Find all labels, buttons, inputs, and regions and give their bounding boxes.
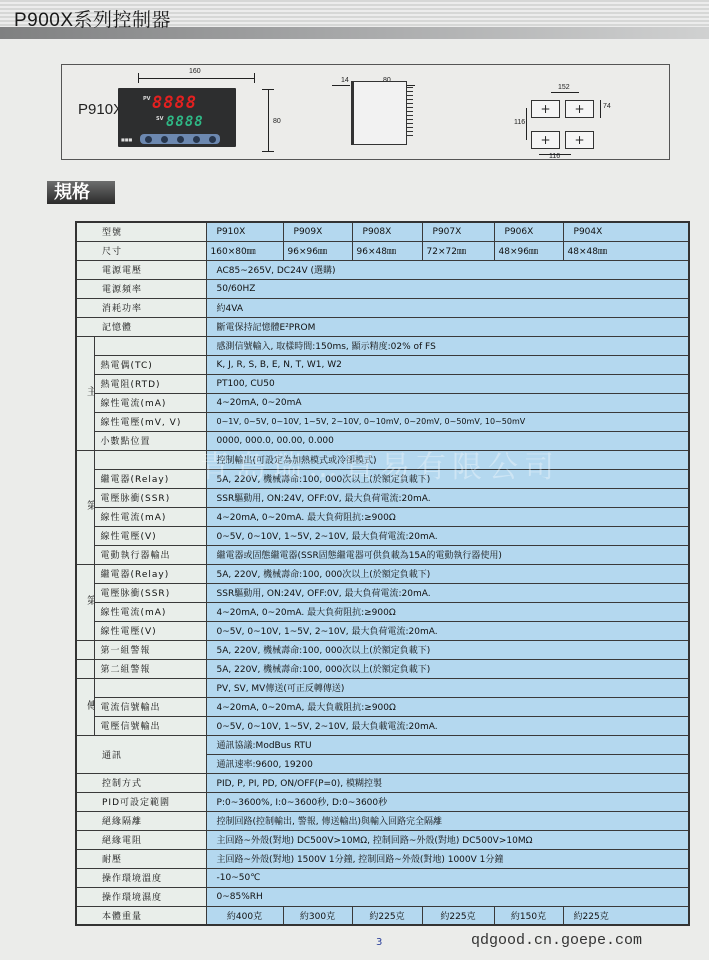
table-row: 熱電阻(RTD)PT100, CU50 xyxy=(76,374,689,393)
size-cell: 160×80㎜ xyxy=(206,241,283,260)
size-cell: 72×72㎜ xyxy=(422,241,494,260)
row-value: PID, P, PI, PD, ON/OFF(P=0), 模糊控製 xyxy=(206,773,689,792)
row-label: 絕緣隔離 xyxy=(76,811,206,830)
cutout-box: + xyxy=(565,131,594,149)
size-cell: 96×96㎜ xyxy=(283,241,352,260)
table-row: 線性電壓(V)0~5V, 0~10V, 1~5V, 2~10V, 最大負荷電流:… xyxy=(76,526,689,545)
row-label xyxy=(94,450,206,469)
row-value: 0~5V, 0~10V, 1~5V, 2~10V, 最大負荷電流:20mA. xyxy=(206,621,689,640)
cut-h-line xyxy=(600,100,601,118)
bezel-dim: 14 xyxy=(341,77,349,84)
row-value: 控制回路(控制輸出, 警報, 傳送輸出)與輸入回路完全隔離 xyxy=(206,811,689,830)
table-row: 電壓脉衝(SSR)SSR驅動用, ON:24V, OFF:0V, 最大負荷電流:… xyxy=(76,488,689,507)
table-row: 記憶體斷電保持記憶體E²PROM xyxy=(76,317,689,336)
pitch-h-line xyxy=(551,92,579,93)
table-row: 控制方式PID, P, PI, PD, ON/OFF(P=0), 模糊控製 xyxy=(76,773,689,792)
table-row: 熱電偶(TC)K, J, R, S, B, E, N, T, W1, W2 xyxy=(76,355,689,374)
brand-logo: ■■■ xyxy=(121,137,132,142)
group-label-output-1: 第一組輸出 xyxy=(76,450,94,564)
row-label: 操作環境濕度 xyxy=(76,887,206,906)
table-row: 第一組警報5A, 220V, 機械壽命:100, 000次以上(於額定負載下) xyxy=(76,640,689,659)
weight-cell: 約300克 xyxy=(283,906,352,925)
models-label: 型號 xyxy=(76,222,206,241)
row-label: 線性電壓(mV, V) xyxy=(94,412,206,431)
row-value: 5A, 220V, 機械壽命:100, 000次以上(於額定負載下) xyxy=(206,469,689,488)
row-value: 感測信號輸入, 取樣時間:150ms, 顯示精度:02% of FS xyxy=(206,336,689,355)
page-title: P900X系列控制器 xyxy=(14,5,171,32)
table-row: PID可設定範圍P:0~3600%, I:0~3600秒, D:0~3600秒 xyxy=(76,792,689,811)
size-cell: 96×48㎜ xyxy=(352,241,422,260)
sv-tag: SV xyxy=(156,116,163,122)
up-key-icon xyxy=(209,136,216,143)
table-row: 傳送輸出 PV, SV, MV傳送(可正反轉傳送) xyxy=(76,678,689,697)
row-value: K, J, R, S, B, E, N, T, W1, W2 xyxy=(206,355,689,374)
side-view-body xyxy=(351,81,407,145)
group-blank xyxy=(76,659,94,678)
table-row: 主輸入 感測信號輸入, 取樣時間:150ms, 顯示精度:02% of FS xyxy=(76,336,689,355)
table-row: 消耗功率約4VA xyxy=(76,298,689,317)
am-key-icon xyxy=(161,136,168,143)
row-value: 約4VA xyxy=(206,298,689,317)
row-value: PT100, CU50 xyxy=(206,374,689,393)
cutout-height-dim: 74 xyxy=(603,103,611,110)
table-row: 線性電壓(mV, V)0~1V, 0~5V, 0~10V, 1~5V, 2~10… xyxy=(76,412,689,431)
row-value: 5A, 220V, 機械壽命:100, 000次以上(於額定負載下) xyxy=(206,659,689,678)
table-row: 耐壓主回路~外殼(對地) 1500V 1分鐘, 控制回路~外殼(對地) 1000… xyxy=(76,849,689,868)
weight-cell: 約225克 xyxy=(422,906,494,925)
model-cell: P907X xyxy=(422,222,494,241)
table-row: 線性電壓(V)0~5V, 0~10V, 1~5V, 2~10V, 最大負荷電流:… xyxy=(76,621,689,640)
weight-cell: 約225克 xyxy=(563,906,689,925)
pv-display: 8888 xyxy=(152,93,197,113)
row-value: 0~85%RH xyxy=(206,887,689,906)
row-label: 熱電阻(RTD) xyxy=(94,374,206,393)
section-heading: 規格 xyxy=(47,181,115,204)
table-row: 操作環境濕度0~85%RH xyxy=(76,887,689,906)
model-cell: P908X xyxy=(352,222,422,241)
comm-label: 通訊 xyxy=(76,735,206,773)
row-label: 電源頻率 xyxy=(76,279,206,298)
table-row: 通訊 通訊協議:ModBus RTU xyxy=(76,735,689,754)
dim-tick xyxy=(254,73,255,83)
row-label: 第一組警報 xyxy=(94,640,206,659)
row-label: 熱電偶(TC) xyxy=(94,355,206,374)
row-value: 0~5V, 0~10V, 1~5V, 2~10V, 最大負荷電流:20mA. xyxy=(206,526,689,545)
table-row: 電壓信號輸出0~5V, 0~10V, 1~5V, 2~10V, 最大負載電流:2… xyxy=(76,716,689,735)
row-label: 絕緣電阻 xyxy=(76,830,206,849)
size-cell: 48×48㎜ xyxy=(563,241,689,260)
table-row: 絕緣電阻主回路~外殼(對地) DC500V>10MΩ, 控制回路~外殼(對地) … xyxy=(76,830,689,849)
dim-tick xyxy=(138,73,139,83)
row-value: 4~20mA, 0~20mA. 最大負荷阻抗:≥900Ω xyxy=(206,602,689,621)
table-row: 電動執行器輸出繼電器或固態繼電器(SSR固態繼電器可供負載為15A的電動執行器使… xyxy=(76,545,689,564)
row-value: 4~20mA, 0~20mA. 最大負荷阻抗:≥900Ω xyxy=(206,507,689,526)
table-row: 第二組警報5A, 220V, 機械壽命:100, 000次以上(於額定負載下) xyxy=(76,659,689,678)
row-label: 記憶體 xyxy=(76,317,206,336)
table-row: 線性電流(mA)4~20mA, 0~20mA xyxy=(76,393,689,412)
dim-tick xyxy=(262,151,274,152)
size-label: 尺寸 xyxy=(76,241,206,260)
row-label: 線性電流(mA) xyxy=(94,507,206,526)
row-label: 電源電壓 xyxy=(76,260,206,279)
table-row: 繼電器(Relay)5A, 220V, 機械壽命:100, 000次以上(於額定… xyxy=(76,469,689,488)
row-value: 4~20mA, 0~20mA, 最大負載阻抗:≥900Ω xyxy=(206,697,689,716)
front-width-dim: 160 xyxy=(189,68,201,75)
table-row: 線性電流(mA)4~20mA, 0~20mA. 最大負荷阻抗:≥900Ω xyxy=(76,602,689,621)
weight-cell: 約400克 xyxy=(206,906,283,925)
table-row: 第一組輸出 控制輸出(可設定為加熱模式或冷卻模式) xyxy=(76,450,689,469)
row-label: 線性電壓(V) xyxy=(94,621,206,640)
table-row: 小數點位置0000, 000.0, 00.00, 0.000 xyxy=(76,431,689,450)
model-cell: P906X xyxy=(494,222,563,241)
table-row: 本體重量 約400克 約300克 約225克 約225克 約150克 約225克 xyxy=(76,906,689,925)
controller-front-panel: PV 8888 SV 8888 ■■■ xyxy=(118,88,236,147)
row-value: 主回路~外殼(對地) DC500V>10MΩ, 控制回路~外殼(對地) DC50… xyxy=(206,830,689,849)
site-url: qdgood.cn.goepe.com xyxy=(471,932,642,949)
dimension-drawing: P910X 160 PV 8888 SV 8888 ■■■ 80 14 80 1… xyxy=(61,64,670,160)
cutout-pitch-v-dim: 116 xyxy=(514,119,525,126)
row-value: 4~20mA, 0~20mA xyxy=(206,393,689,412)
width-dimension-line xyxy=(138,78,254,79)
row-label: 繼電器(Relay) xyxy=(94,469,206,488)
row-value: 0~1V, 0~5V, 0~10V, 1~5V, 2~10V, 0~10mV, … xyxy=(206,412,689,431)
row-label: 操作環境溫度 xyxy=(76,868,206,887)
header-bar: P900X系列控制器 xyxy=(0,0,709,40)
pitch-v-line xyxy=(526,108,527,140)
page-number: 3 xyxy=(376,937,382,948)
row-label: 線性電壓(V) xyxy=(94,526,206,545)
row-label: 小數點位置 xyxy=(94,431,206,450)
sv-display: 8888 xyxy=(166,114,204,130)
row-value: -10~50℃ xyxy=(206,868,689,887)
spec-table: 型號 P910X P909X P908X P907X P906X P904X 尺… xyxy=(75,221,690,926)
row-value: 0~5V, 0~10V, 1~5V, 2~10V, 最大負載電流:20mA. xyxy=(206,716,689,735)
row-value: 主回路~外殼(對地) 1500V 1分鐘, 控制回路~外殼(對地) 1000V … xyxy=(206,849,689,868)
pv-tag: PV xyxy=(143,96,151,102)
comm-baud: 通訊速率:9600, 19200 xyxy=(206,754,689,773)
cutout-pitch-bottom-dim: 116 xyxy=(549,153,560,160)
model-cell: P904X xyxy=(563,222,689,241)
dim-tick xyxy=(262,89,274,90)
drawing-model-label: P910X xyxy=(78,101,123,118)
cutout-box: + xyxy=(565,100,594,118)
row-value: 斷電保持記憶體E²PROM xyxy=(206,317,689,336)
model-cell: P910X xyxy=(206,222,283,241)
row-label: PID可設定範圍 xyxy=(76,792,206,811)
table-row: 絕緣隔離控制回路(控制輸出, 警報, 傳送輸出)與輸入回路完全隔離 xyxy=(76,811,689,830)
row-value: 0000, 000.0, 00.00, 0.000 xyxy=(206,431,689,450)
row-label: 電壓脉衝(SSR) xyxy=(94,583,206,602)
row-label: 線性電流(mA) xyxy=(94,393,206,412)
row-label: 第二組警報 xyxy=(94,659,206,678)
left-key-icon xyxy=(177,136,184,143)
table-row: 尺寸 160×80㎜ 96×96㎜ 96×48㎜ 72×72㎜ 48×96㎜ 4… xyxy=(76,241,689,260)
group-blank xyxy=(76,640,94,659)
table-row: 電壓脉衝(SSR)SSR驅動用, ON:24V, OFF:0V, 最大負荷電流:… xyxy=(76,583,689,602)
model-cell: P909X xyxy=(283,222,352,241)
group-label-retransmission: 傳送輸出 xyxy=(76,678,94,735)
table-row: 型號 P910X P909X P908X P907X P906X P904X xyxy=(76,222,689,241)
row-label xyxy=(94,678,206,697)
height-dimension-line xyxy=(268,89,269,151)
row-value: 5A, 220V, 機械壽命:100, 000次以上(於額定負載下) xyxy=(206,640,689,659)
row-value: PV, SV, MV傳送(可正反轉傳送) xyxy=(206,678,689,697)
group-label-main-input: 主輸入 xyxy=(76,336,94,450)
row-value: 繼電器或固態繼電器(SSR固態繼電器可供負載為15A的電動執行器使用) xyxy=(206,545,689,564)
group-label-output-2: 第二組輸出 xyxy=(76,564,94,640)
table-row: 電源電壓AC85~265V, DC24V (選購) xyxy=(76,260,689,279)
row-label: 電流信號輸出 xyxy=(94,697,206,716)
row-label: 線性電流(mA) xyxy=(94,602,206,621)
row-label: 控制方式 xyxy=(76,773,206,792)
row-label: 電壓信號輸出 xyxy=(94,716,206,735)
table-row: 電源頻率50/60HZ xyxy=(76,279,689,298)
size-cell: 48×96㎜ xyxy=(494,241,563,260)
row-value: SSR驅動用, ON:24V, OFF:0V, 最大負荷電流:20mA. xyxy=(206,488,689,507)
row-value: SSR驅動用, ON:24V, OFF:0V, 最大負荷電流:20mA. xyxy=(206,583,689,602)
row-value: P:0~3600%, I:0~3600秒, D:0~3600秒 xyxy=(206,792,689,811)
table-row: 第二組輸出 繼電器(Relay) 5A, 220V, 機械壽命:100, 000… xyxy=(76,564,689,583)
row-value: 控制輸出(可設定為加熱模式或冷卻模式) xyxy=(206,450,689,469)
table-row: 電流信號輸出4~20mA, 0~20mA, 最大負載阻抗:≥900Ω xyxy=(76,697,689,716)
cutout-pitch-h-dim: 152 xyxy=(558,84,570,91)
side-view-terminals xyxy=(407,87,413,139)
row-label: 消耗功率 xyxy=(76,298,206,317)
row-value: 5A, 220V, 機械壽命:100, 000次以上(於額定負載下) xyxy=(206,564,689,583)
row-value: 50/60HZ xyxy=(206,279,689,298)
table-row: 線性電流(mA)4~20mA, 0~20mA. 最大負荷阻抗:≥900Ω xyxy=(76,507,689,526)
comm-protocol: 通訊協議:ModBus RTU xyxy=(206,735,689,754)
row-label xyxy=(94,336,206,355)
table-row: 操作環境溫度-10~50℃ xyxy=(76,868,689,887)
front-height-dim: 80 xyxy=(273,118,281,125)
cutout-box: + xyxy=(531,131,560,149)
weight-cell: 約150克 xyxy=(494,906,563,925)
cutout-box: + xyxy=(531,100,560,118)
weight-cell: 約225克 xyxy=(352,906,422,925)
keypad xyxy=(140,134,220,144)
set-key-icon xyxy=(145,136,152,143)
down-key-icon xyxy=(193,136,200,143)
row-value: AC85~265V, DC24V (選購) xyxy=(206,260,689,279)
row-label: 電動執行器輸出 xyxy=(94,545,206,564)
bezel-dimension-line xyxy=(332,85,350,86)
row-label: 電壓脉衝(SSR) xyxy=(94,488,206,507)
row-label: 繼電器(Relay) xyxy=(94,564,206,583)
weight-label: 本體重量 xyxy=(76,906,206,925)
row-label: 耐壓 xyxy=(76,849,206,868)
